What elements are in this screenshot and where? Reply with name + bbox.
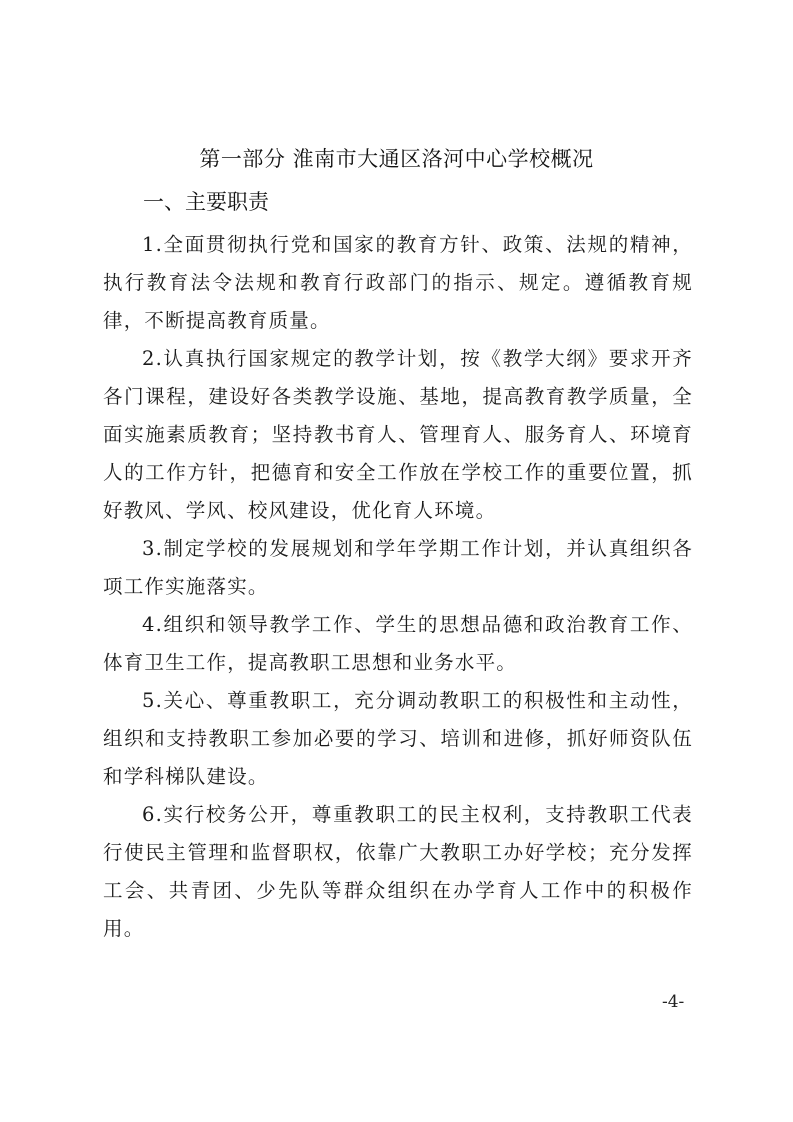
document-page: 第一部分 淮南市大通区洛河中心学校概况 一、主要职责 1.全面贯彻执行党和国家的… [0, 0, 793, 1122]
paragraph-5: 5.关心、尊重教职工，充分调动教职工的积极性和主动性，组织和支持教职工参加必要的… [103, 682, 693, 796]
page-title: 第一部分 淮南市大通区洛河中心学校概况 [0, 143, 793, 173]
body-text: 1.全面贯彻执行党和国家的教育方针、政策、法规的精神，执行教育法令法规和教育行政… [103, 226, 693, 948]
section-heading: 一、主要职责 [143, 186, 269, 216]
page-number: -4- [662, 992, 684, 1012]
paragraph-2: 2.认真执行国家规定的教学计划，按《教学大纲》要求开齐各门课程，建设好各类教学设… [103, 340, 693, 530]
paragraph-4: 4.组织和领导教学工作、学生的思想品德和政治教育工作、体育卫生工作，提高教职工思… [103, 606, 693, 682]
paragraph-6: 6.实行校务公开，尊重教职工的民主权利，支持教职工代表行使民主管理和监督职权，依… [103, 796, 693, 948]
paragraph-3: 3.制定学校的发展规划和学年学期工作计划，并认真组织各项工作实施落实。 [103, 530, 693, 606]
paragraph-1: 1.全面贯彻执行党和国家的教育方针、政策、法规的精神，执行教育法令法规和教育行政… [103, 226, 693, 340]
